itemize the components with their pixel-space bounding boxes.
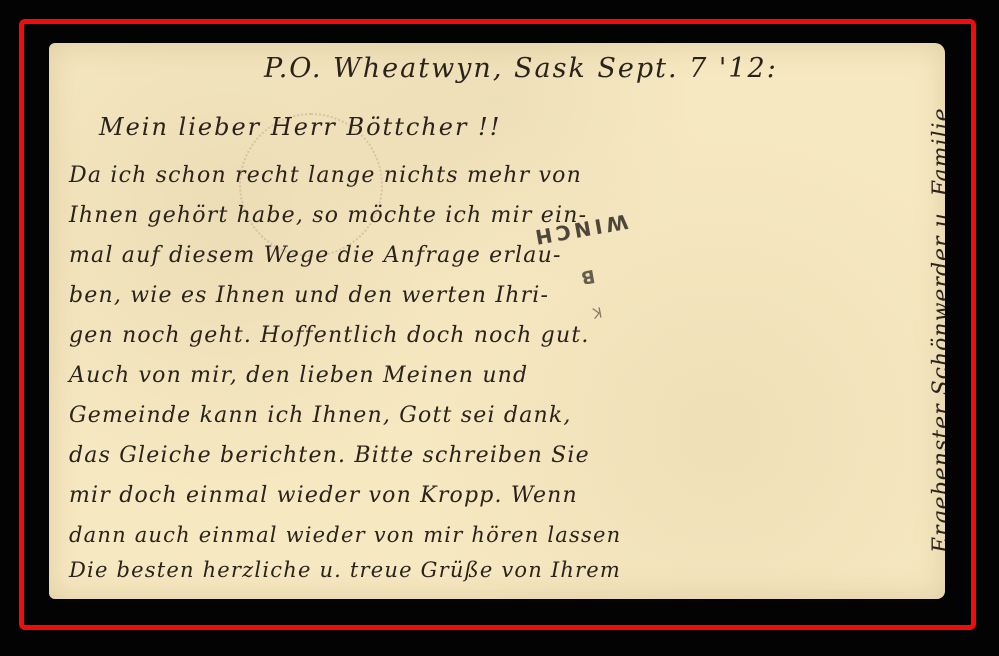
body-line: dann auch einmal wieder von mir hören la… [69, 523, 621, 547]
closing-line: Die besten herzliche u. treue Grüße von … [69, 558, 621, 582]
body-line: Ihnen gehört habe, so möchte ich mir ein… [69, 203, 587, 228]
body-line: das Gleiche berichten. Bitte schreiben S… [69, 443, 590, 468]
body-line: gen noch geht. Hoffentlich doch noch gut… [69, 323, 590, 348]
body-line: mal auf diesem Wege die Anfrage erlau- [69, 243, 562, 268]
body-line: Da ich schon recht lange nichts mehr von [69, 163, 582, 188]
scan-background: K B WINCH P.O. Wheatwyn, Sask Sept. 7 '1… [0, 0, 999, 656]
salutation: Mein lieber Herr Böttcher !! [99, 113, 501, 141]
body-line: mir doch einmal wieder von Kropp. Wenn [69, 483, 578, 508]
body-line: ben, wie es Ihnen und den werten Ihri- [69, 283, 549, 308]
body-line: Gemeinde kann ich Ihnen, Gott sei dank, [69, 403, 572, 428]
postcard: K B WINCH P.O. Wheatwyn, Sask Sept. 7 '1… [49, 43, 945, 599]
vertical-margin-signature: Ergebenster Schönwerder u. Familie [929, 43, 945, 553]
place-date-line: P.O. Wheatwyn, Sask Sept. 7 '12: [264, 53, 778, 84]
body-line: Auch von mir, den lieben Meinen und [69, 363, 528, 388]
